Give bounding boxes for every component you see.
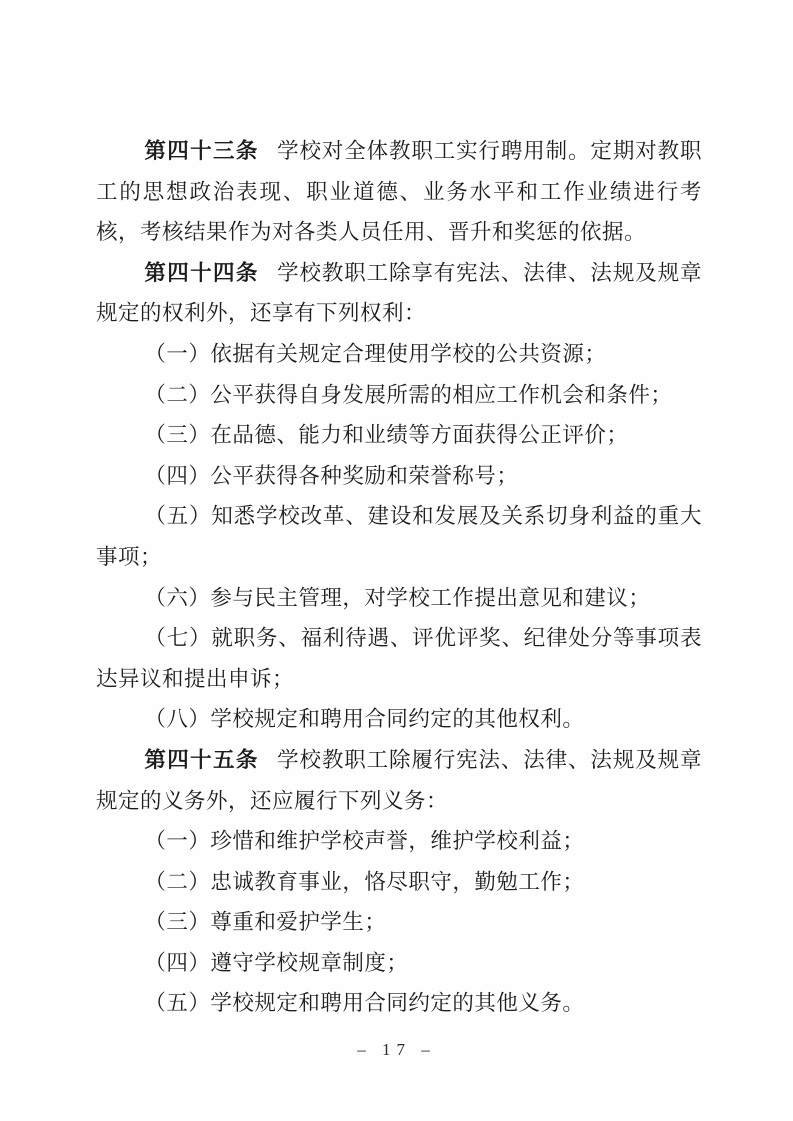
list-item-text: （八）学校规定和聘用合同约定的其他权利。	[144, 707, 584, 731]
document-body: 第四十三条学校对全体教职工实行聘用制。定期对教职工的思想政治表现、职业道德、业务…	[96, 131, 702, 1024]
list-item-paragraph: （一）珍惜和维护学校声誉，维护学校利益；	[96, 821, 702, 862]
list-item-paragraph: （八）学校规定和聘用合同约定的其他权利。	[96, 699, 702, 740]
list-item-paragraph: （二）忠诚教育事业，恪尽职守，勤勉工作；	[96, 862, 702, 903]
list-item-paragraph: （四）公平获得各种奖励和荣誉称号；	[96, 456, 702, 497]
document-page: 第四十三条学校对全体教职工实行聘用制。定期对教职工的思想政治表现、职业道德、业务…	[0, 0, 793, 1121]
list-item-paragraph: （四）遵守学校规章制度；	[96, 943, 702, 984]
article-number: 第四十三条	[144, 139, 258, 163]
list-item-text: （四）遵守学校规章制度；	[144, 951, 408, 975]
list-item-text: （四）公平获得各种奖励和荣誉称号；	[144, 464, 518, 488]
list-item-text: （三）尊重和爱护学生；	[144, 910, 386, 934]
list-item-text: （六）参与民主管理，对学校工作提出意见和建议；	[144, 586, 650, 610]
list-item-paragraph: （三）在品德、能力和业绩等方面获得公正评价；	[96, 415, 702, 456]
article-number: 第四十四条	[144, 261, 258, 285]
list-item-paragraph: （三）尊重和爱护学生；	[96, 902, 702, 943]
list-item-text: （一）依据有关规定合理使用学校的公共资源；	[144, 342, 606, 366]
list-item-text: （五）学校规定和聘用合同约定的其他义务。	[144, 991, 584, 1015]
list-item-paragraph: （一）依据有关规定合理使用学校的公共资源；	[96, 334, 702, 375]
list-item-paragraph: （六）参与民主管理，对学校工作提出意见和建议；	[96, 578, 702, 619]
article-paragraph: 第四十三条学校对全体教职工实行聘用制。定期对教职工的思想政治表现、职业道德、业务…	[96, 131, 702, 253]
article-paragraph: 第四十五条学校教职工除履行宪法、法律、法规及规章规定的义务外，还应履行下列义务：	[96, 740, 702, 821]
page-number: – 17 –	[0, 1040, 793, 1060]
list-item-text: （二）公平获得自身发展所需的相应工作机会和条件；	[144, 383, 672, 407]
list-item-text: （二）忠诚教育事业，恪尽职守，勤勉工作；	[144, 870, 584, 894]
list-item-paragraph: （七）就职务、福利待遇、评优评奖、纪律处分等事项表达异议和提出申诉；	[96, 618, 702, 699]
list-item-text: （一）珍惜和维护学校声誉，维护学校利益；	[144, 829, 584, 853]
list-item-paragraph: （二）公平获得自身发展所需的相应工作机会和条件；	[96, 375, 702, 416]
list-item-text: （五）知悉学校改革、建设和发展及关系切身利益的重大事项；	[96, 504, 702, 569]
list-item-text: （三）在品德、能力和业绩等方面获得公正评价；	[144, 423, 628, 447]
list-item-paragraph: （五）学校规定和聘用合同约定的其他义务。	[96, 983, 702, 1024]
article-paragraph: 第四十四条学校教职工除享有宪法、法律、法规及规章规定的权利外，还享有下列权利：	[96, 253, 702, 334]
list-item-paragraph: （五）知悉学校改革、建设和发展及关系切身利益的重大事项；	[96, 496, 702, 577]
article-number: 第四十五条	[144, 748, 258, 772]
list-item-text: （七）就职务、福利待遇、评优评奖、纪律处分等事项表达异议和提出申诉；	[96, 626, 702, 691]
